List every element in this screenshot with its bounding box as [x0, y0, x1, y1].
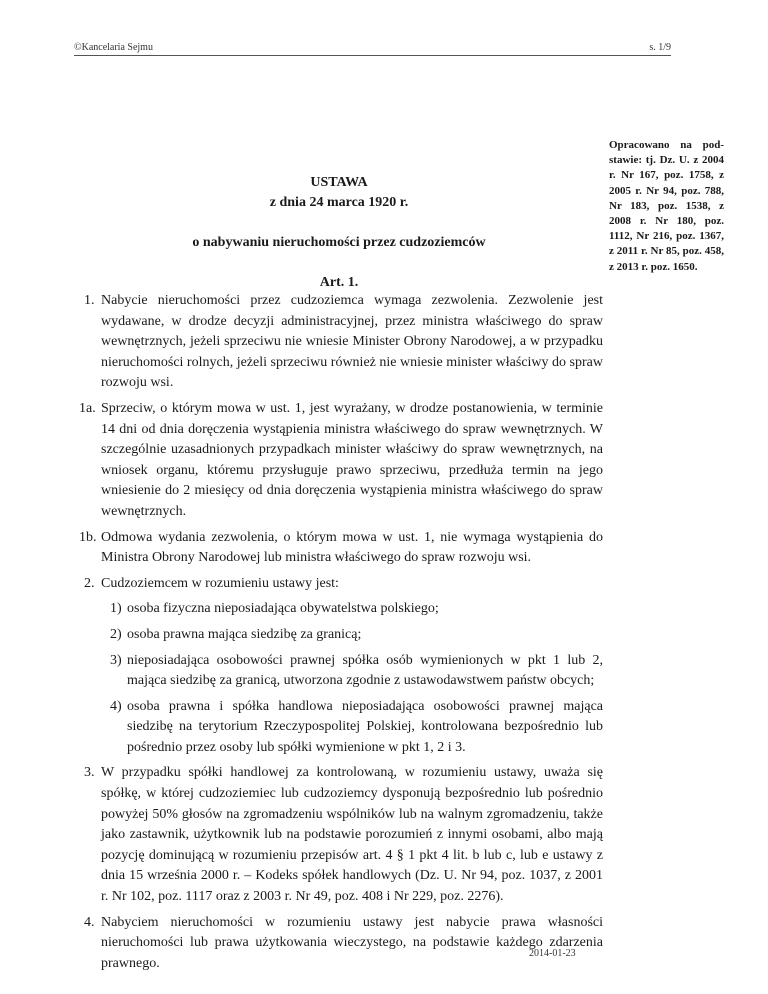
paragraph-1a: 1a. Sprzeciw, o którym mowa w ust. 1, je…: [84, 399, 603, 523]
paragraph-number: 4.: [84, 913, 95, 934]
paragraph-4: 4. Nabyciem nieruchomości w rozumieniu u…: [84, 913, 603, 975]
paragraph-text: Cudzoziemcem w rozumieniu ustawy jest:: [101, 576, 339, 591]
point-number: 2): [110, 625, 122, 646]
source-note: Opracowano na pod-stawie: tj. Dz. U. z 2…: [609, 138, 724, 275]
paragraph-number: 1a.: [79, 399, 96, 420]
point-text: osoba prawna i spółka handlowa nieposiad…: [127, 699, 603, 755]
point-1: 1) osoba fizyczna nieposiadająca obywate…: [84, 599, 603, 620]
paragraph-2: 2. Cudzoziemcem w rozumieniu ustawy jest…: [84, 574, 603, 595]
point-number: 4): [110, 697, 122, 718]
paragraph-number: 2.: [84, 574, 95, 595]
paragraph-3: 3. W przypadku spółki handlowej za kontr…: [84, 763, 603, 907]
paragraph-number: 3.: [84, 763, 95, 784]
article-body: 1. Nabycie nieruchomości przez cudzoziem…: [84, 291, 603, 979]
paragraph-text: Sprzeciw, o którym mowa w ust. 1, jest w…: [101, 401, 603, 519]
points-list: 1) osoba fizyczna nieposiadająca obywate…: [84, 599, 603, 758]
act-type-title: USTAWA: [74, 174, 604, 192]
article-heading: Art. 1.: [74, 274, 604, 292]
point-text: osoba fizyczna nieposiadająca obywatelst…: [127, 601, 439, 616]
paragraph-number: 1.: [84, 291, 95, 312]
point-3: 3) nieposiadająca osobowości prawnej spó…: [84, 651, 603, 692]
page-number: s. 1/9: [649, 42, 671, 54]
point-text: osoba prawna mająca siedzibę za granicą;: [127, 627, 361, 642]
paragraph-number: 1b.: [79, 528, 97, 549]
act-subject: o nabywaniu nieruchomości przez cudzozie…: [74, 234, 604, 252]
point-number: 3): [110, 651, 122, 672]
point-4: 4) osoba prawna i spółka handlowa niepos…: [84, 697, 603, 759]
paragraph-text: W przypadku spółki handlowej za kontrolo…: [101, 765, 603, 904]
footer-date: 2014-01-23: [529, 948, 576, 959]
act-date: z dnia 24 marca 1920 r.: [74, 194, 604, 212]
paragraph-text: Nabyciem nieruchomości w rozumieniu usta…: [101, 915, 603, 971]
paragraph-1b: 1b. Odmowa wydania zezwolenia, o którym …: [84, 528, 603, 569]
point-text: nieposiadająca osobowości prawnej spółka…: [127, 653, 603, 689]
paragraph-text: Nabycie nieruchomości przez cudzoziemca …: [101, 293, 603, 390]
page-header: ©Kancelaria Sejmu s. 1/9: [74, 41, 671, 56]
point-2: 2) osoba prawna mająca siedzibę za grani…: [84, 625, 603, 646]
paragraph-1: 1. Nabycie nieruchomości przez cudzoziem…: [84, 291, 603, 394]
point-number: 1): [110, 599, 122, 620]
publisher-label: ©Kancelaria Sejmu: [74, 42, 153, 54]
paragraph-text: Odmowa wydania zezwolenia, o którym mowa…: [101, 530, 603, 566]
